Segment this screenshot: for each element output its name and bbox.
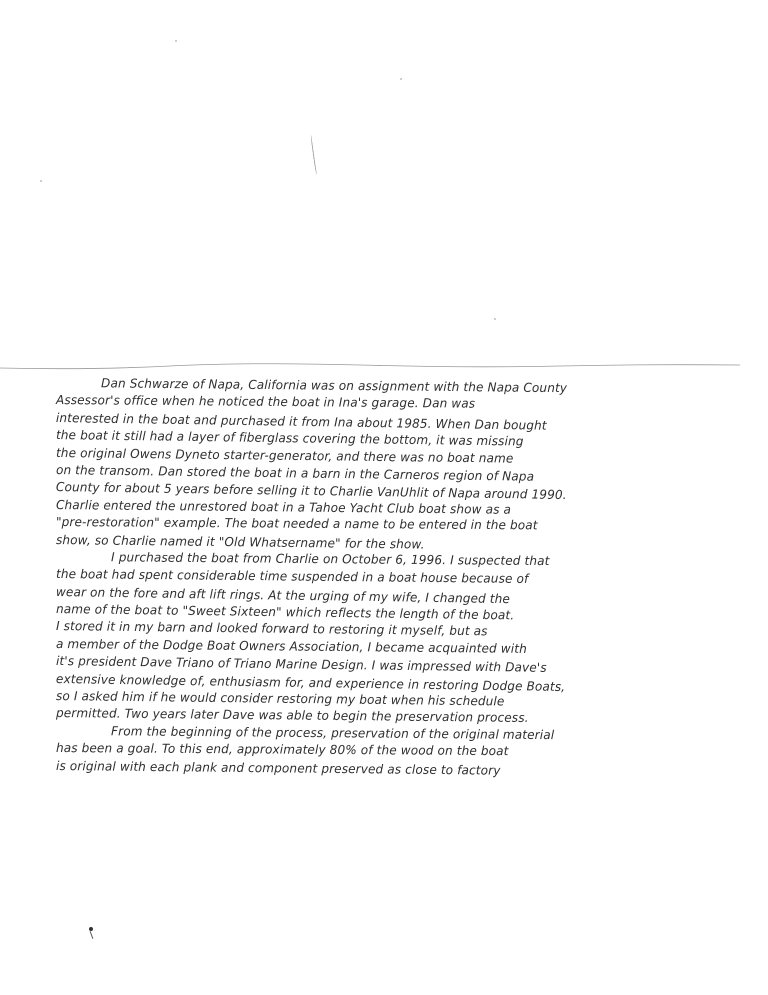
scanned-page: Dan Schwarze of Napa, California was on … [0,0,768,995]
stray-pen-mark [310,135,319,175]
speck [175,40,177,42]
paper-edge [0,362,740,372]
speck [494,318,496,320]
speck [40,180,42,182]
footer-mark-tail [90,931,94,939]
speck [400,78,402,80]
handwritten-body: Dan Schwarze of Napa, California was on … [78,374,738,774]
